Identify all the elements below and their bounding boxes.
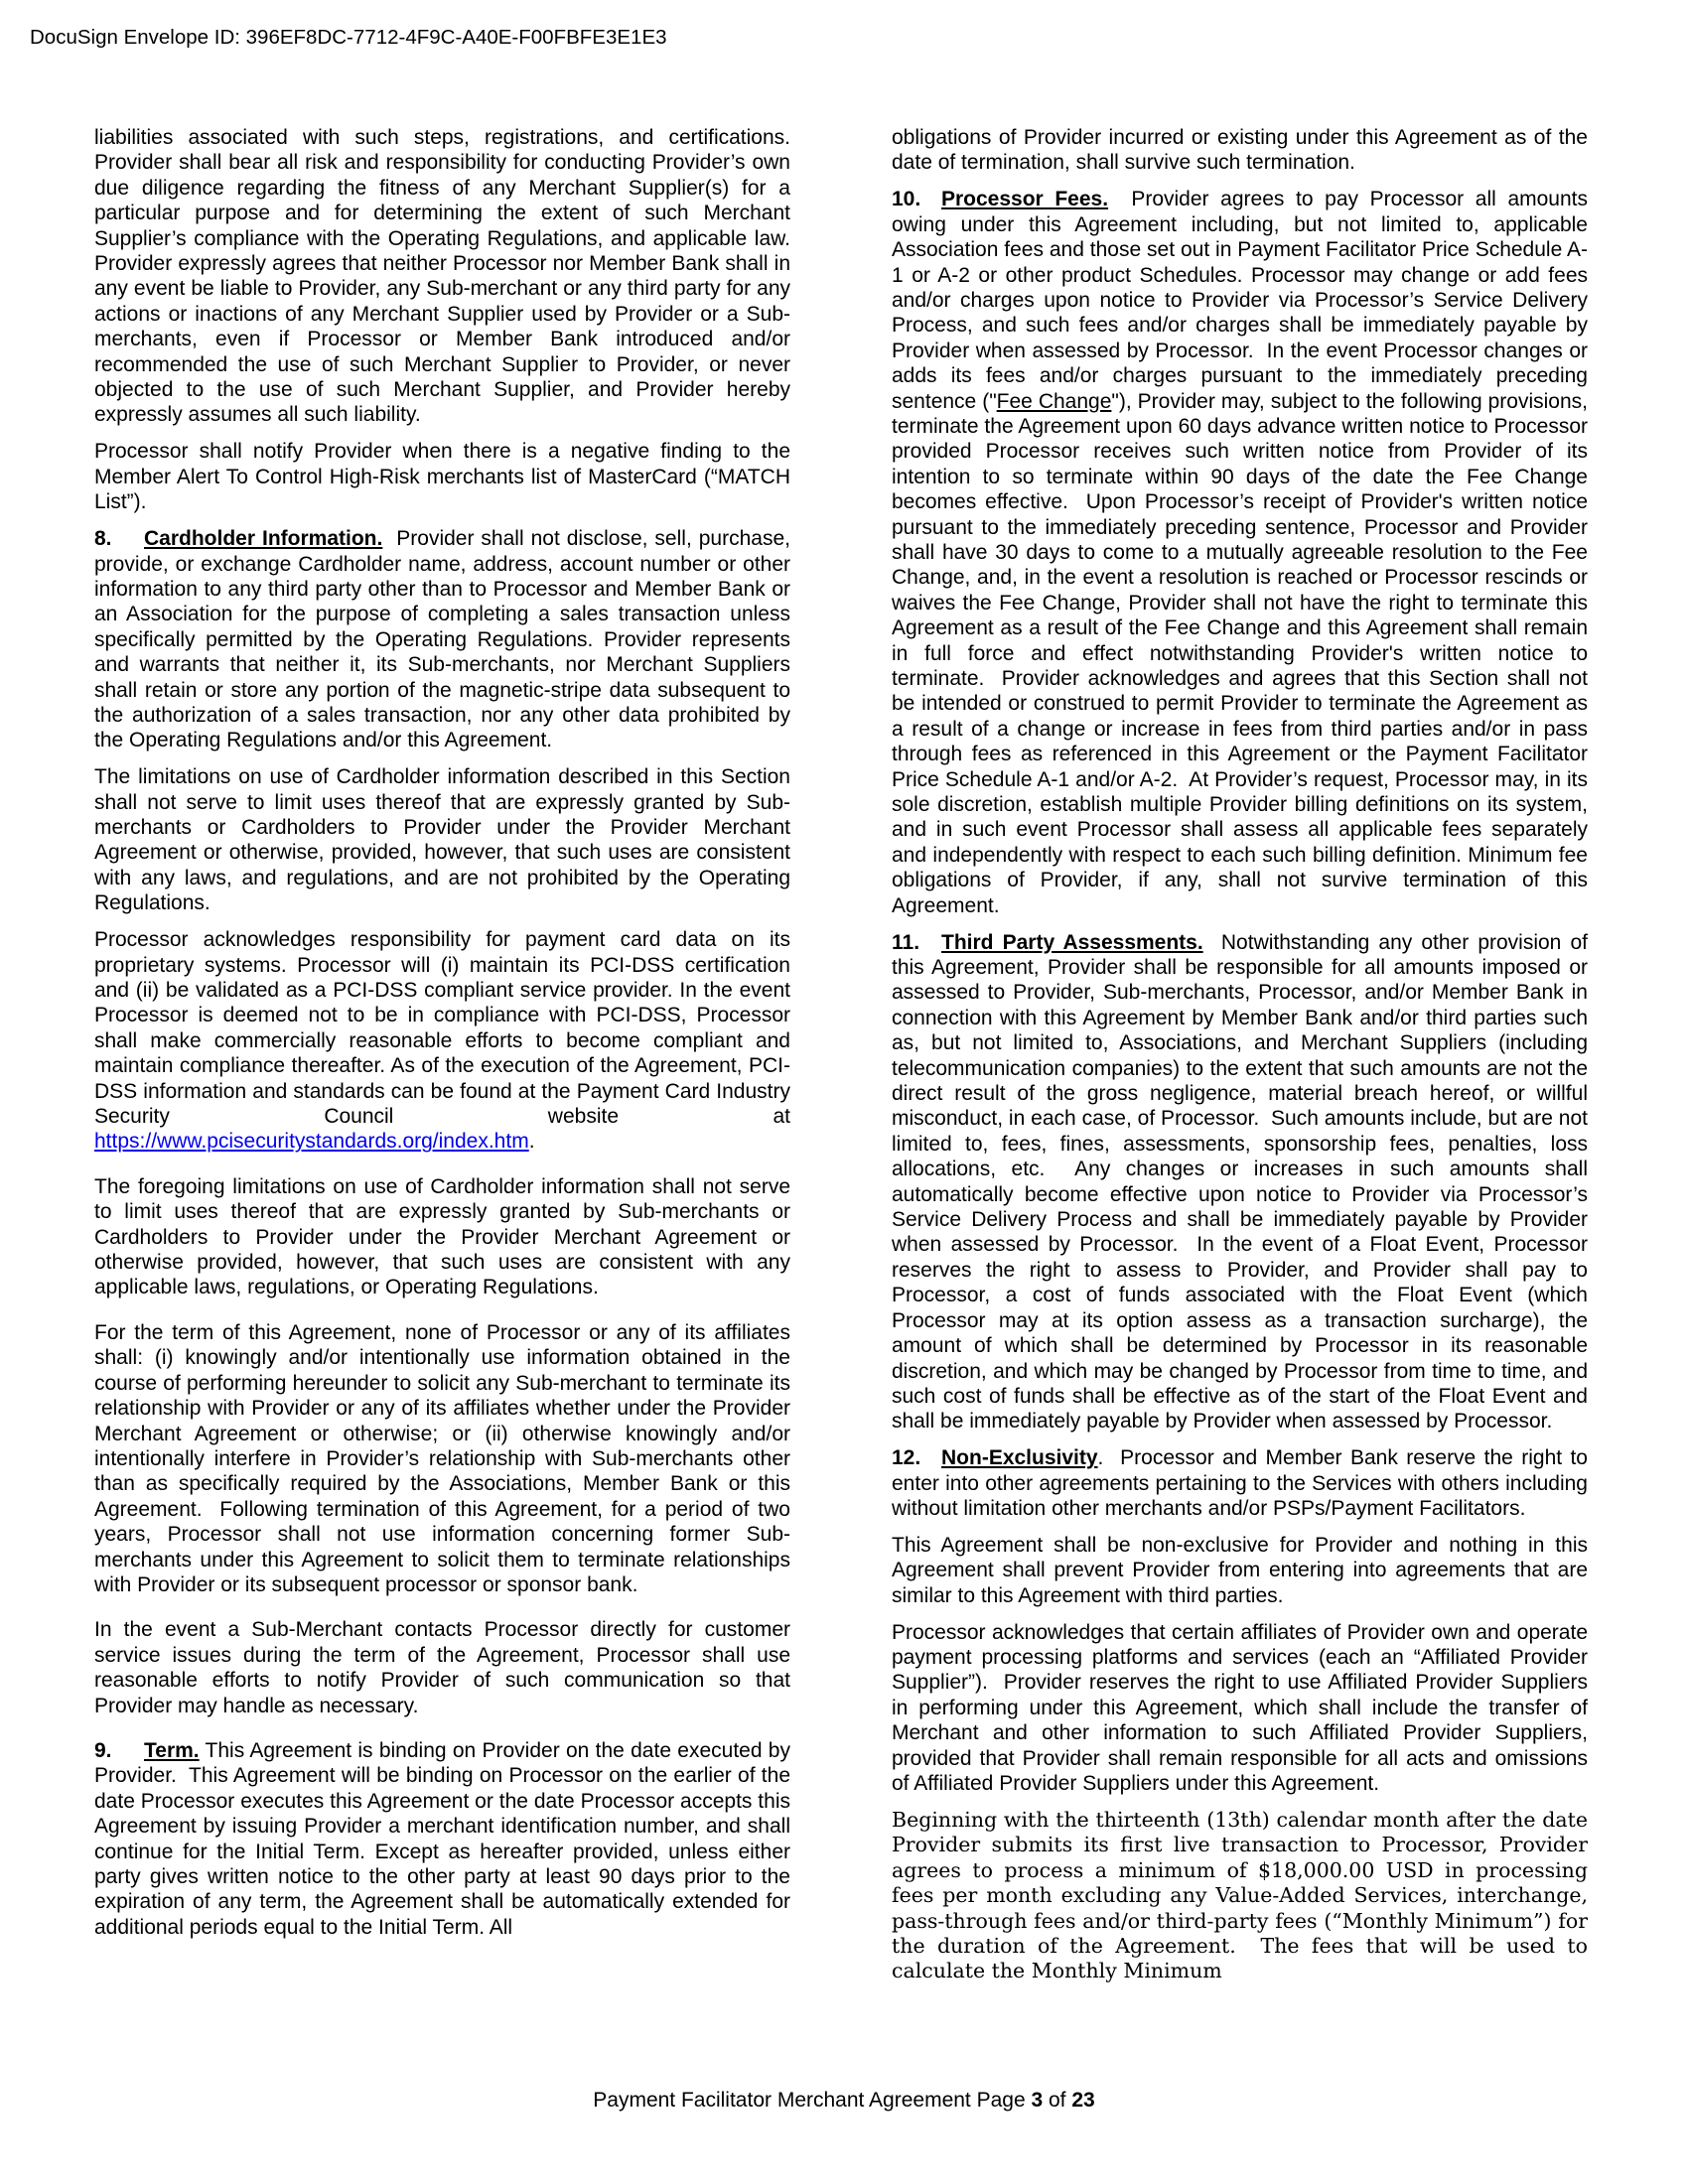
- text-run: .: [529, 1130, 535, 1153]
- text-run: Processor acknowledges that certain affi…: [892, 1621, 1588, 1795]
- document-body: liabilities associated with such steps, …: [94, 125, 1589, 1995]
- paragraph: Beginning with the thirteenth (13th) cal…: [892, 1808, 1588, 1984]
- pci-security-standards-link[interactable]: https://www.pcisecuritystandards.org/ind…: [94, 1130, 529, 1153]
- paragraph: liabilities associated with such steps, …: [94, 125, 790, 428]
- section-number: 10.: [892, 187, 941, 211]
- text-run: Beginning with the thirteenth (13th) cal…: [892, 1808, 1588, 1982]
- footer-total-pages: 23: [1071, 2089, 1094, 2112]
- paragraph: Processor acknowledges responsibility fo…: [94, 927, 790, 1155]
- section-title: Term.: [144, 1739, 200, 1762]
- text-run: obligations of Provider incurred or exis…: [892, 126, 1588, 174]
- paragraph: 12.Non-Exclusivity. Processor and Member…: [892, 1445, 1588, 1521]
- paragraph: Processor shall notify Provider when the…: [94, 439, 790, 514]
- docusign-envelope-id: DocuSign Envelope ID: 396EF8DC-7712-4F9C…: [30, 26, 667, 50]
- text-run: In the event a Sub-Merchant contacts Pro…: [94, 1618, 790, 1716]
- section-number: 11.: [892, 930, 941, 955]
- text-run: Provider shall not disclose, sell, purch…: [94, 527, 790, 751]
- text-run: "), Provider may, subject to the followi…: [892, 390, 1588, 917]
- section-number: 8.: [94, 526, 144, 551]
- underlined-term: Fee Change: [997, 390, 1112, 413]
- page-footer: Payment Facilitator Merchant Agreement P…: [0, 2089, 1688, 2113]
- paragraph: 9.Term. This Agreement is binding on Pro…: [94, 1738, 790, 1940]
- text-run: Provider agrees to pay Processor all amo…: [892, 188, 1588, 412]
- paragraph: 11.Third Party Assessments. Notwithstand…: [892, 930, 1588, 1434]
- section-title: Third Party Assessments.: [941, 931, 1203, 954]
- paragraph: For the term of this Agreement, none of …: [94, 1320, 790, 1597]
- text-run: This Agreement shall be non-exclusive fo…: [892, 1534, 1588, 1607]
- text-run: Processor acknowledges responsibility fo…: [94, 928, 790, 1128]
- paragraph: This Agreement shall be non-exclusive fo…: [892, 1533, 1588, 1608]
- paragraph: obligations of Provider incurred or exis…: [892, 125, 1588, 176]
- text-run: The foregoing limitations on use of Card…: [94, 1175, 790, 1299]
- section-title: Non-Exclusivity: [941, 1446, 1098, 1469]
- section-number: 9.: [94, 1738, 144, 1763]
- section-title: Processor Fees.: [941, 188, 1108, 210]
- footer-of-text: of: [1043, 2089, 1071, 2112]
- text-run: This Agreement is binding on Provider on…: [94, 1739, 790, 1939]
- paragraph: 8.Cardholder Information. Provider shall…: [94, 526, 790, 753]
- footer-page-number: 3: [1031, 2089, 1043, 2112]
- text-run: Processor shall notify Provider when the…: [94, 440, 790, 513]
- text-run: For the term of this Agreement, none of …: [94, 1321, 790, 1596]
- paragraph: Processor acknowledges that certain affi…: [892, 1620, 1588, 1797]
- paragraph: The limitations on use of Cardholder inf…: [94, 764, 790, 915]
- right-column: obligations of Provider incurred or exis…: [892, 125, 1588, 1995]
- footer-title-text: Payment Facilitator Merchant Agreement P…: [593, 2089, 1031, 2112]
- text-run: liabilities associated with such steps, …: [94, 126, 790, 426]
- document-page: { "header": { "docusign_line": "DocuSign…: [0, 0, 1688, 2184]
- section-title: Cardholder Information.: [144, 527, 382, 550]
- text-run: The limitations on use of Cardholder inf…: [94, 765, 790, 914]
- left-column: liabilities associated with such steps, …: [94, 125, 790, 1995]
- paragraph: 10.Processor Fees. Provider agrees to pa…: [892, 187, 1588, 918]
- paragraph: In the event a Sub-Merchant contacts Pro…: [94, 1617, 790, 1718]
- section-number: 12.: [892, 1445, 941, 1470]
- text-run: Notwithstanding any other provision of t…: [892, 931, 1588, 1433]
- paragraph: The foregoing limitations on use of Card…: [94, 1174, 790, 1300]
